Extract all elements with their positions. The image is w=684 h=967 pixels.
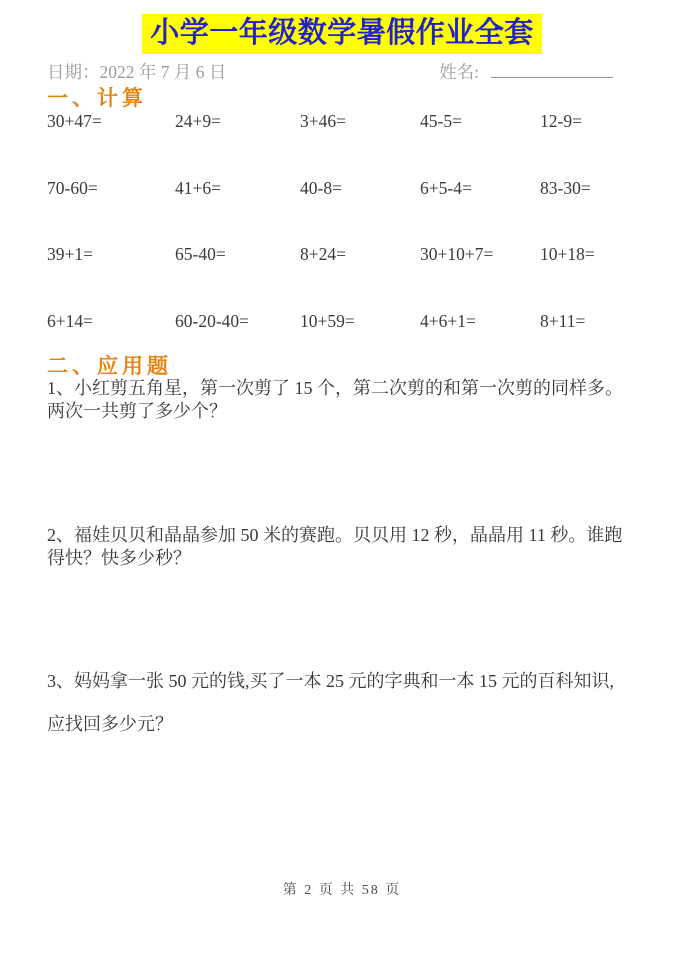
calc-problem: 8+11= xyxy=(540,310,664,377)
calc-grid: 30+47= 24+9= 3+46= 45-5= 12-9= 70-60= 41… xyxy=(47,110,664,376)
word-problem-3-line-1: 3、妈妈拿一张 50 元的钱,买了一本 25 元的字典和一本 15 元的百科知识… xyxy=(47,660,647,703)
calc-problem: 12-9= xyxy=(540,110,664,177)
name-field: 姓名: xyxy=(439,58,613,84)
calc-problem: 60-20-40= xyxy=(175,310,300,377)
calc-problem: 83-30= xyxy=(540,177,664,244)
calc-problem: 30+10+7= xyxy=(420,243,540,310)
calc-problem: 30+47= xyxy=(47,110,175,177)
calc-problem: 24+9= xyxy=(175,110,300,177)
calc-problem: 39+1= xyxy=(47,243,175,310)
word-problem-1: 1、小红剪五角星，第一次剪了 15 个，第二次剪的和第一次剪的同样多。 两次一共… xyxy=(47,377,647,423)
section-heading-word: 二、应用题 xyxy=(47,350,172,380)
calc-problem: 45-5= xyxy=(420,110,540,177)
word-problem-1-line-2: 两次一共剪了多少个？ xyxy=(47,400,647,423)
calc-problem: 8+24= xyxy=(300,243,420,310)
calc-problem: 6+5-4= xyxy=(420,177,540,244)
name-blank-line xyxy=(491,58,613,78)
page-number: 第 2 页 共 58 页 xyxy=(0,879,684,899)
word-problem-1-line-1: 1、小红剪五角星，第一次剪了 15 个，第二次剪的和第一次剪的同样多。 xyxy=(47,377,647,400)
calc-problem: 10+59= xyxy=(300,310,420,377)
worksheet-title: 小学一年级数学暑假作业全套 xyxy=(150,17,534,49)
section-heading-calc: 一、计算 xyxy=(47,82,147,112)
calc-problem: 41+6= xyxy=(175,177,300,244)
calc-problem: 10+18= xyxy=(540,243,664,310)
worksheet-page: 小学一年级数学暑假作业全套 日期：2022 年 7 月 6 日 姓名: 一、计算… xyxy=(0,0,684,967)
date-text: 日期：2022 年 7 月 6 日 xyxy=(47,59,226,84)
title-row: 小学一年级数学暑假作业全套 xyxy=(0,14,684,54)
calc-problem: 3+46= xyxy=(300,110,420,177)
name-label: 姓名: xyxy=(439,59,479,84)
word-problem-2-line-1: 2、福娃贝贝和晶晶参加 50 米的赛跑。贝贝用 12 秒，晶晶用 11 秒。谁跑 xyxy=(47,524,647,547)
word-problem-3-line-2: 应找回多少元？ xyxy=(47,703,647,746)
title-highlight: 小学一年级数学暑假作业全套 xyxy=(142,14,542,54)
calc-problem: 4+6+1= xyxy=(420,310,540,377)
word-problem-3: 3、妈妈拿一张 50 元的钱,买了一本 25 元的字典和一本 15 元的百科知识… xyxy=(47,660,647,746)
word-problem-2: 2、福娃贝贝和晶晶参加 50 米的赛跑。贝贝用 12 秒，晶晶用 11 秒。谁跑… xyxy=(47,524,647,570)
word-problem-2-line-2: 得快？快多少秒？ xyxy=(47,547,647,570)
calc-problem: 40-8= xyxy=(300,177,420,244)
calc-problem: 70-60= xyxy=(47,177,175,244)
meta-row: 日期：2022 年 7 月 6 日 姓名: xyxy=(47,58,613,84)
calc-problem: 65-40= xyxy=(175,243,300,310)
